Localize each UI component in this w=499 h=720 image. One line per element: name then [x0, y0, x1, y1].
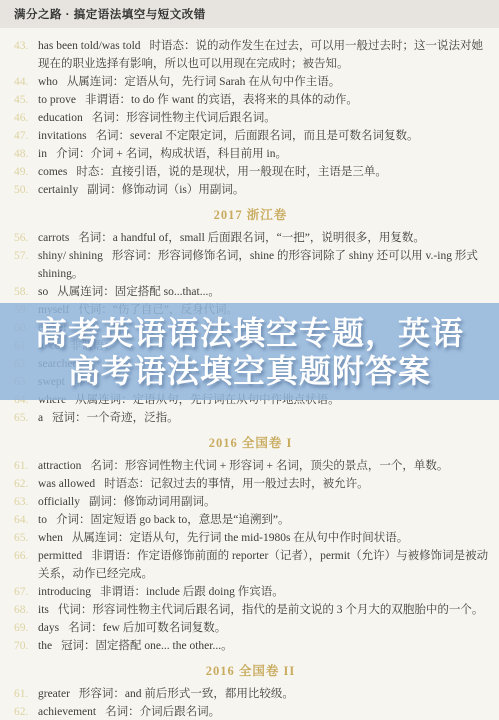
item-number: 45.: [12, 91, 38, 109]
item-number: 48.: [12, 145, 38, 163]
item-explanation: 名词：few 后加可数名词复数。: [68, 622, 226, 634]
item-number: 50.: [12, 181, 38, 199]
item-text: to介词：固定短语 go back to，意思是“追溯到”。: [38, 511, 489, 529]
item-text: carrots名词：a handful of，small 后面跟名词，“一把”，…: [38, 229, 489, 247]
item-explanation: 非谓语：作定语修饰前面的 reporter（记者），permit（允许）与被修饰…: [38, 550, 488, 580]
item-text: was allowed时语态：记叙过去的事情，用一般过去时，被允许。: [38, 475, 489, 493]
item-text: achievement名词：介词后跟名词。: [38, 703, 489, 720]
item-number: 66.: [12, 547, 38, 583]
item-word: shiny/ shining: [38, 250, 103, 262]
item-text: introducing非谓语：include 后跟 doing 作宾语。: [38, 583, 489, 601]
item-number: 58.: [12, 283, 38, 301]
item-word: the: [38, 640, 52, 652]
item-explanation: 时语态：记叙过去的事情，用一般过去时，被允许。: [104, 478, 369, 490]
item-text: invitations名词：several 不定限定词，后面跟名词，而且是可数名…: [38, 127, 489, 145]
item-word: certainly: [38, 184, 78, 196]
item-text: certainly副词：修饰动词（is）用副词。: [38, 181, 489, 199]
item-explanation: 非谓语：to do 作 want 的宾语，表将来的具体的动作。: [85, 94, 358, 106]
item-word: comes: [38, 166, 67, 178]
item-text: its代词：形容词性物主代词后跟名词，指代的是前文说的 3 个月大的双胞胎中的一…: [38, 601, 489, 619]
answer-item: 57. shiny/ shining形容词：形容词修饰名词，shine 的形容词…: [12, 247, 489, 283]
item-word: a: [38, 412, 43, 424]
item-word: its: [38, 604, 49, 616]
item-explanation: 形容词：形容词修饰名词，shine 的形容词除了 shiny 还可以用 v.-i…: [38, 250, 478, 280]
item-word: education: [38, 112, 83, 124]
item-word: days: [38, 622, 59, 634]
item-explanation: 副词：修饰动词用副词。: [89, 496, 216, 508]
item-text: greater形容词：and 前后形式一致，都用比较级。: [38, 685, 489, 703]
answer-item: 56. carrots名词：a handful of，small 后面跟名词，“…: [12, 229, 489, 247]
item-number: 61.: [12, 685, 38, 703]
answer-item: 49. comes时态：直接引语，说的是现状，用一般现在时，主语是三单。: [12, 163, 489, 181]
answer-item: 64. to介词：固定短语 go back to，意思是“追溯到”。: [12, 511, 489, 529]
item-text: to prove非谓语：to do 作 want 的宾语，表将来的具体的动作。: [38, 91, 489, 109]
item-explanation: 非谓语：include 后跟 doing 作宾语。: [100, 586, 284, 598]
item-text: who从属连词：定语从句，先行词 Sarah 在从句中作主语。: [38, 73, 489, 91]
answer-item: 46. education名词：形容词性物主代词后跟名词。: [12, 109, 489, 127]
answer-item: 65. when从属连词：定语从句，先行词 the mid-1980s 在从句中…: [12, 529, 489, 547]
answer-item: 70. the冠词：固定搭配 one... the other...。: [12, 637, 489, 655]
item-explanation: 代词：形容词性物主代词后跟名词，指代的是前文说的 3 个月大的双胞胎中的一个。: [58, 604, 484, 616]
item-word: invitations: [38, 130, 87, 142]
item-explanation: 名词：形容词性物主代词 + 形容词 + 名词，顶尖的景点，一个，单数。: [90, 460, 448, 472]
exam-section-header: 2016 全国卷 I: [12, 435, 489, 452]
item-word: to: [38, 514, 47, 526]
item-explanation: 从属连词：定语从句，先行词 the mid-1980s 在从句中作时间状语。: [72, 532, 408, 544]
item-text: permitted非谓语：作定语修饰前面的 reporter（记者），permi…: [38, 547, 489, 583]
item-text: so从属连词：固定搭配 so...that...。: [38, 283, 489, 301]
item-explanation: 冠词：一个奇迹，泛指。: [52, 412, 179, 424]
item-word: to prove: [38, 94, 76, 106]
item-explanation: 名词：介词后跟名词。: [105, 706, 220, 718]
item-explanation: 时态：直接引语，说的是现状，用一般现在时，主语是三单。: [76, 166, 387, 178]
answer-item: 66. permitted非谓语：作定语修饰前面的 reporter（记者），p…: [12, 547, 489, 583]
item-word: in: [38, 148, 47, 160]
item-text: shiny/ shining形容词：形容词修饰名词，shine 的形容词除了 s…: [38, 247, 489, 283]
item-word: when: [38, 532, 63, 544]
answer-item: 58. so从属连词：固定搭配 so...that...。: [12, 283, 489, 301]
item-explanation: 名词：a handful of，small 后面跟名词，“一把”，说明很多，用复…: [78, 232, 425, 244]
answer-item: 45. to prove非谓语：to do 作 want 的宾语，表将来的具体的…: [12, 91, 489, 109]
item-word: who: [38, 76, 58, 88]
item-number: 43.: [12, 37, 38, 73]
item-number: 62.: [12, 703, 38, 720]
answer-item: 48. in介词：介词 + 名词，构成状语，科目前用 in。: [12, 145, 489, 163]
item-number: 68.: [12, 601, 38, 619]
item-number: 49.: [12, 163, 38, 181]
answer-item: 43. has been told/was told时语态：说的动作发生在过去，…: [12, 37, 489, 73]
item-number: 64.: [12, 511, 38, 529]
exam-section-header: 2016 全国卷 II: [12, 663, 489, 680]
item-word: attraction: [38, 460, 81, 472]
answer-item: 63. officially副词：修饰动词用副词。: [12, 493, 489, 511]
item-number: 65.: [12, 529, 38, 547]
item-word: so: [38, 286, 48, 298]
item-number: 62.: [12, 475, 38, 493]
answer-item: 62. achievement名词：介词后跟名词。: [12, 703, 489, 720]
item-number: 63.: [12, 493, 38, 511]
item-explanation: 介词：介词 + 名词，构成状语，科目前用 in。: [56, 148, 287, 160]
item-number: 70.: [12, 637, 38, 655]
item-explanation: 副词：修饰动词（is）用副词。: [87, 184, 244, 196]
item-text: comes时态：直接引语，说的是现状，用一般现在时，主语是三单。: [38, 163, 489, 181]
answer-item: 61. attraction名词：形容词性物主代词 + 形容词 + 名词，顶尖的…: [12, 457, 489, 475]
item-explanation: 冠词：固定搭配 one... the other...。: [61, 640, 233, 652]
answer-item: 65. a冠词：一个奇迹，泛指。: [12, 409, 489, 427]
watermark-line1: 高考英语语法填空专题，英语: [35, 314, 464, 352]
answer-item: 61. greater形容词：and 前后形式一致，都用比较级。: [12, 685, 489, 703]
item-number: 44.: [12, 73, 38, 91]
item-text: education名词：形容词性物主代词后跟名词。: [38, 109, 489, 127]
item-number: 56.: [12, 229, 38, 247]
item-text: when从属连词：定语从句，先行词 the mid-1980s 在从句中作时间状…: [38, 529, 489, 547]
item-number: 46.: [12, 109, 38, 127]
item-number: 67.: [12, 583, 38, 601]
answer-item: 67. introducing非谓语：include 后跟 doing 作宾语。: [12, 583, 489, 601]
item-explanation: 形容词：and 前后形式一致，都用比较级。: [79, 688, 294, 700]
item-word: greater: [38, 688, 70, 700]
item-word: officially: [38, 496, 80, 508]
item-explanation: 从属连词：固定搭配 so...that...。: [57, 286, 220, 298]
item-text: days名词：few 后加可数名词复数。: [38, 619, 489, 637]
item-word: permitted: [38, 550, 82, 562]
answer-item: 44. who从属连词：定语从句，先行词 Sarah 在从句中作主语。: [12, 73, 489, 91]
item-explanation: 从属连词：定语从句，先行词 Sarah 在从句中作主语。: [67, 76, 340, 88]
item-explanation: 名词：several 不定限定词，后面跟名词，而且是可数名词复数。: [96, 130, 419, 142]
watermark-banner: 高考英语语法填空专题，英语 高考语法填空真题附答案: [0, 303, 499, 400]
answer-item: 68. its代词：形容词性物主代词后跟名词，指代的是前文说的 3 个月大的双胞…: [12, 601, 489, 619]
item-text: officially副词：修饰动词用副词。: [38, 493, 489, 511]
item-number: 61.: [12, 457, 38, 475]
book-header-bar: 满分之路 · 搞定语法填空与短文改错: [0, 0, 499, 28]
item-text: attraction名词：形容词性物主代词 + 形容词 + 名词，顶尖的景点，一…: [38, 457, 489, 475]
book-title: 满分之路 · 搞定语法填空与短文改错: [14, 6, 206, 22]
item-text: the冠词：固定搭配 one... the other...。: [38, 637, 489, 655]
item-word: introducing: [38, 586, 91, 598]
item-text: in介词：介词 + 名词，构成状语，科目前用 in。: [38, 145, 489, 163]
item-text: has been told/was told时语态：说的动作发生在过去，可以用一…: [38, 37, 489, 73]
item-word: was allowed: [38, 478, 95, 490]
answer-item: 69. days名词：few 后加可数名词复数。: [12, 619, 489, 637]
watermark-line2: 高考语法填空真题附答案: [68, 352, 431, 390]
item-number: 69.: [12, 619, 38, 637]
item-text: a冠词：一个奇迹，泛指。: [38, 409, 489, 427]
item-explanation: 名词：形容词性物主代词后跟名词。: [92, 112, 276, 124]
answer-item: 62. was allowed时语态：记叙过去的事情，用一般过去时，被允许。: [12, 475, 489, 493]
answer-item: 47. invitations名词：several 不定限定词，后面跟名词，而且…: [12, 127, 489, 145]
item-number: 47.: [12, 127, 38, 145]
item-number: 57.: [12, 247, 38, 283]
exam-section-header: 2017 浙江卷: [12, 207, 489, 224]
item-word: achievement: [38, 706, 96, 718]
item-number: 65.: [12, 409, 38, 427]
document-page: 满分之路 · 搞定语法填空与短文改错 43. has been told/was…: [0, 0, 499, 720]
item-word: has been told/was told: [38, 40, 141, 52]
item-explanation: 介词：固定短语 go back to，意思是“追溯到”。: [56, 514, 290, 526]
answer-item: 50. certainly副词：修饰动词（is）用副词。: [12, 181, 489, 199]
item-word: carrots: [38, 232, 69, 244]
